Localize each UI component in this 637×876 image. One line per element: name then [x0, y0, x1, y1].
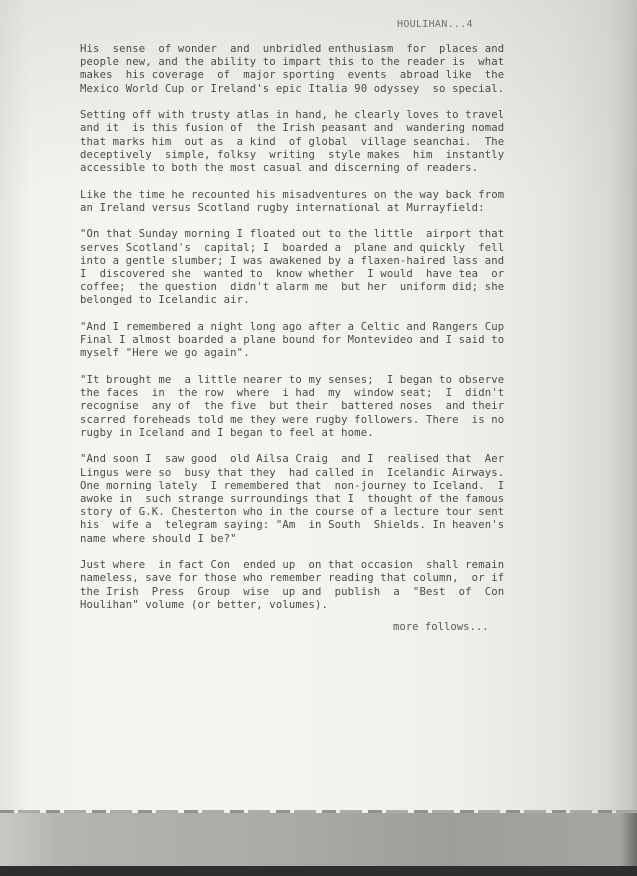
paragraph: "And I remembered a night long ago after…	[80, 321, 570, 361]
scanner-border	[0, 866, 637, 876]
text-line: into a gentle slumber; I was awakened by…	[80, 255, 570, 268]
text-line: Houlihan" volume (or better, volumes).	[80, 599, 570, 612]
text-line: Just where in fact Con ended up on that …	[80, 559, 570, 572]
text-line: name where should I be?"	[80, 533, 570, 546]
text-line: people new, and the ability to impart th…	[80, 56, 570, 69]
text-line: Setting off with trusty atlas in hand, h…	[80, 109, 570, 122]
document-body: His sense of wonder and unbridled enthus…	[80, 43, 570, 625]
text-line: accessible to both the most casual and d…	[80, 162, 570, 175]
text-line: the Irish Press Group wise up and publis…	[80, 586, 570, 599]
continuation-note: more follows...	[393, 621, 489, 633]
text-line: recognise any of the five but their batt…	[80, 400, 570, 413]
text-line: Final I almost boarded a plane bound for…	[80, 334, 570, 347]
text-line: "It brought me a little nearer to my sen…	[80, 374, 570, 387]
text-line: story of G.K. Chesterton who in the cour…	[80, 506, 570, 519]
text-line: I discovered she wanted to know whether …	[80, 268, 570, 281]
text-line: "On that Sunday morning I floated out to…	[80, 228, 570, 241]
text-line: Mexico World Cup or Ireland's epic Itali…	[80, 83, 570, 96]
paragraph: Setting off with trusty atlas in hand, h…	[80, 109, 570, 175]
paragraph: "It brought me a little nearer to my sen…	[80, 374, 570, 440]
paragraph: Like the time he recounted his misadvent…	[80, 189, 570, 215]
paragraph: "On that Sunday morning I floated out to…	[80, 228, 570, 307]
text-line: belonged to Icelandic air.	[80, 294, 570, 307]
text-line: an Ireland versus Scotland rugby interna…	[80, 202, 570, 215]
paragraph: Just where in fact Con ended up on that …	[80, 559, 570, 612]
text-line: "And soon I saw good old Ailsa Craig and…	[80, 453, 570, 466]
text-line: "And I remembered a night long ago after…	[80, 321, 570, 334]
text-line: that marks him out as a kind of global v…	[80, 136, 570, 149]
page-header: HOULIHAN...4	[397, 19, 473, 30]
text-line: coffee; the question didn't alarm me but…	[80, 281, 570, 294]
scanner-backing	[0, 813, 637, 866]
text-line: his wife a telegram saying: "Am in South…	[80, 519, 570, 532]
text-line: deceptively simple, folksy writing style…	[80, 149, 570, 162]
text-line: awoke in such strange surroundings that …	[80, 493, 570, 506]
text-line: the faces in the row where i had my wind…	[80, 387, 570, 400]
text-line: rugby in Iceland and I began to feel at …	[80, 427, 570, 440]
text-line: scarred foreheads told me they were rugb…	[80, 414, 570, 427]
text-line: Lingus were so busy that they had called…	[80, 467, 570, 480]
text-line: Like the time he recounted his misadvent…	[80, 189, 570, 202]
text-line: nameless, save for those who remember re…	[80, 572, 570, 585]
document-page: HOULIHAN...4 His sense of wonder and unb…	[0, 0, 637, 812]
text-line: His sense of wonder and unbridled enthus…	[80, 43, 570, 56]
text-line: and it is this fusion of the Irish peasa…	[80, 122, 570, 135]
text-line: serves Scotland's capital; I boarded a p…	[80, 242, 570, 255]
paragraph: "And soon I saw good old Ailsa Craig and…	[80, 453, 570, 545]
text-line: One morning lately I remembered that non…	[80, 480, 570, 493]
paragraph: His sense of wonder and unbridled enthus…	[80, 43, 570, 96]
text-line: makes his coverage of major sporting eve…	[80, 69, 570, 82]
text-line: myself "Here we go again".	[80, 347, 570, 360]
